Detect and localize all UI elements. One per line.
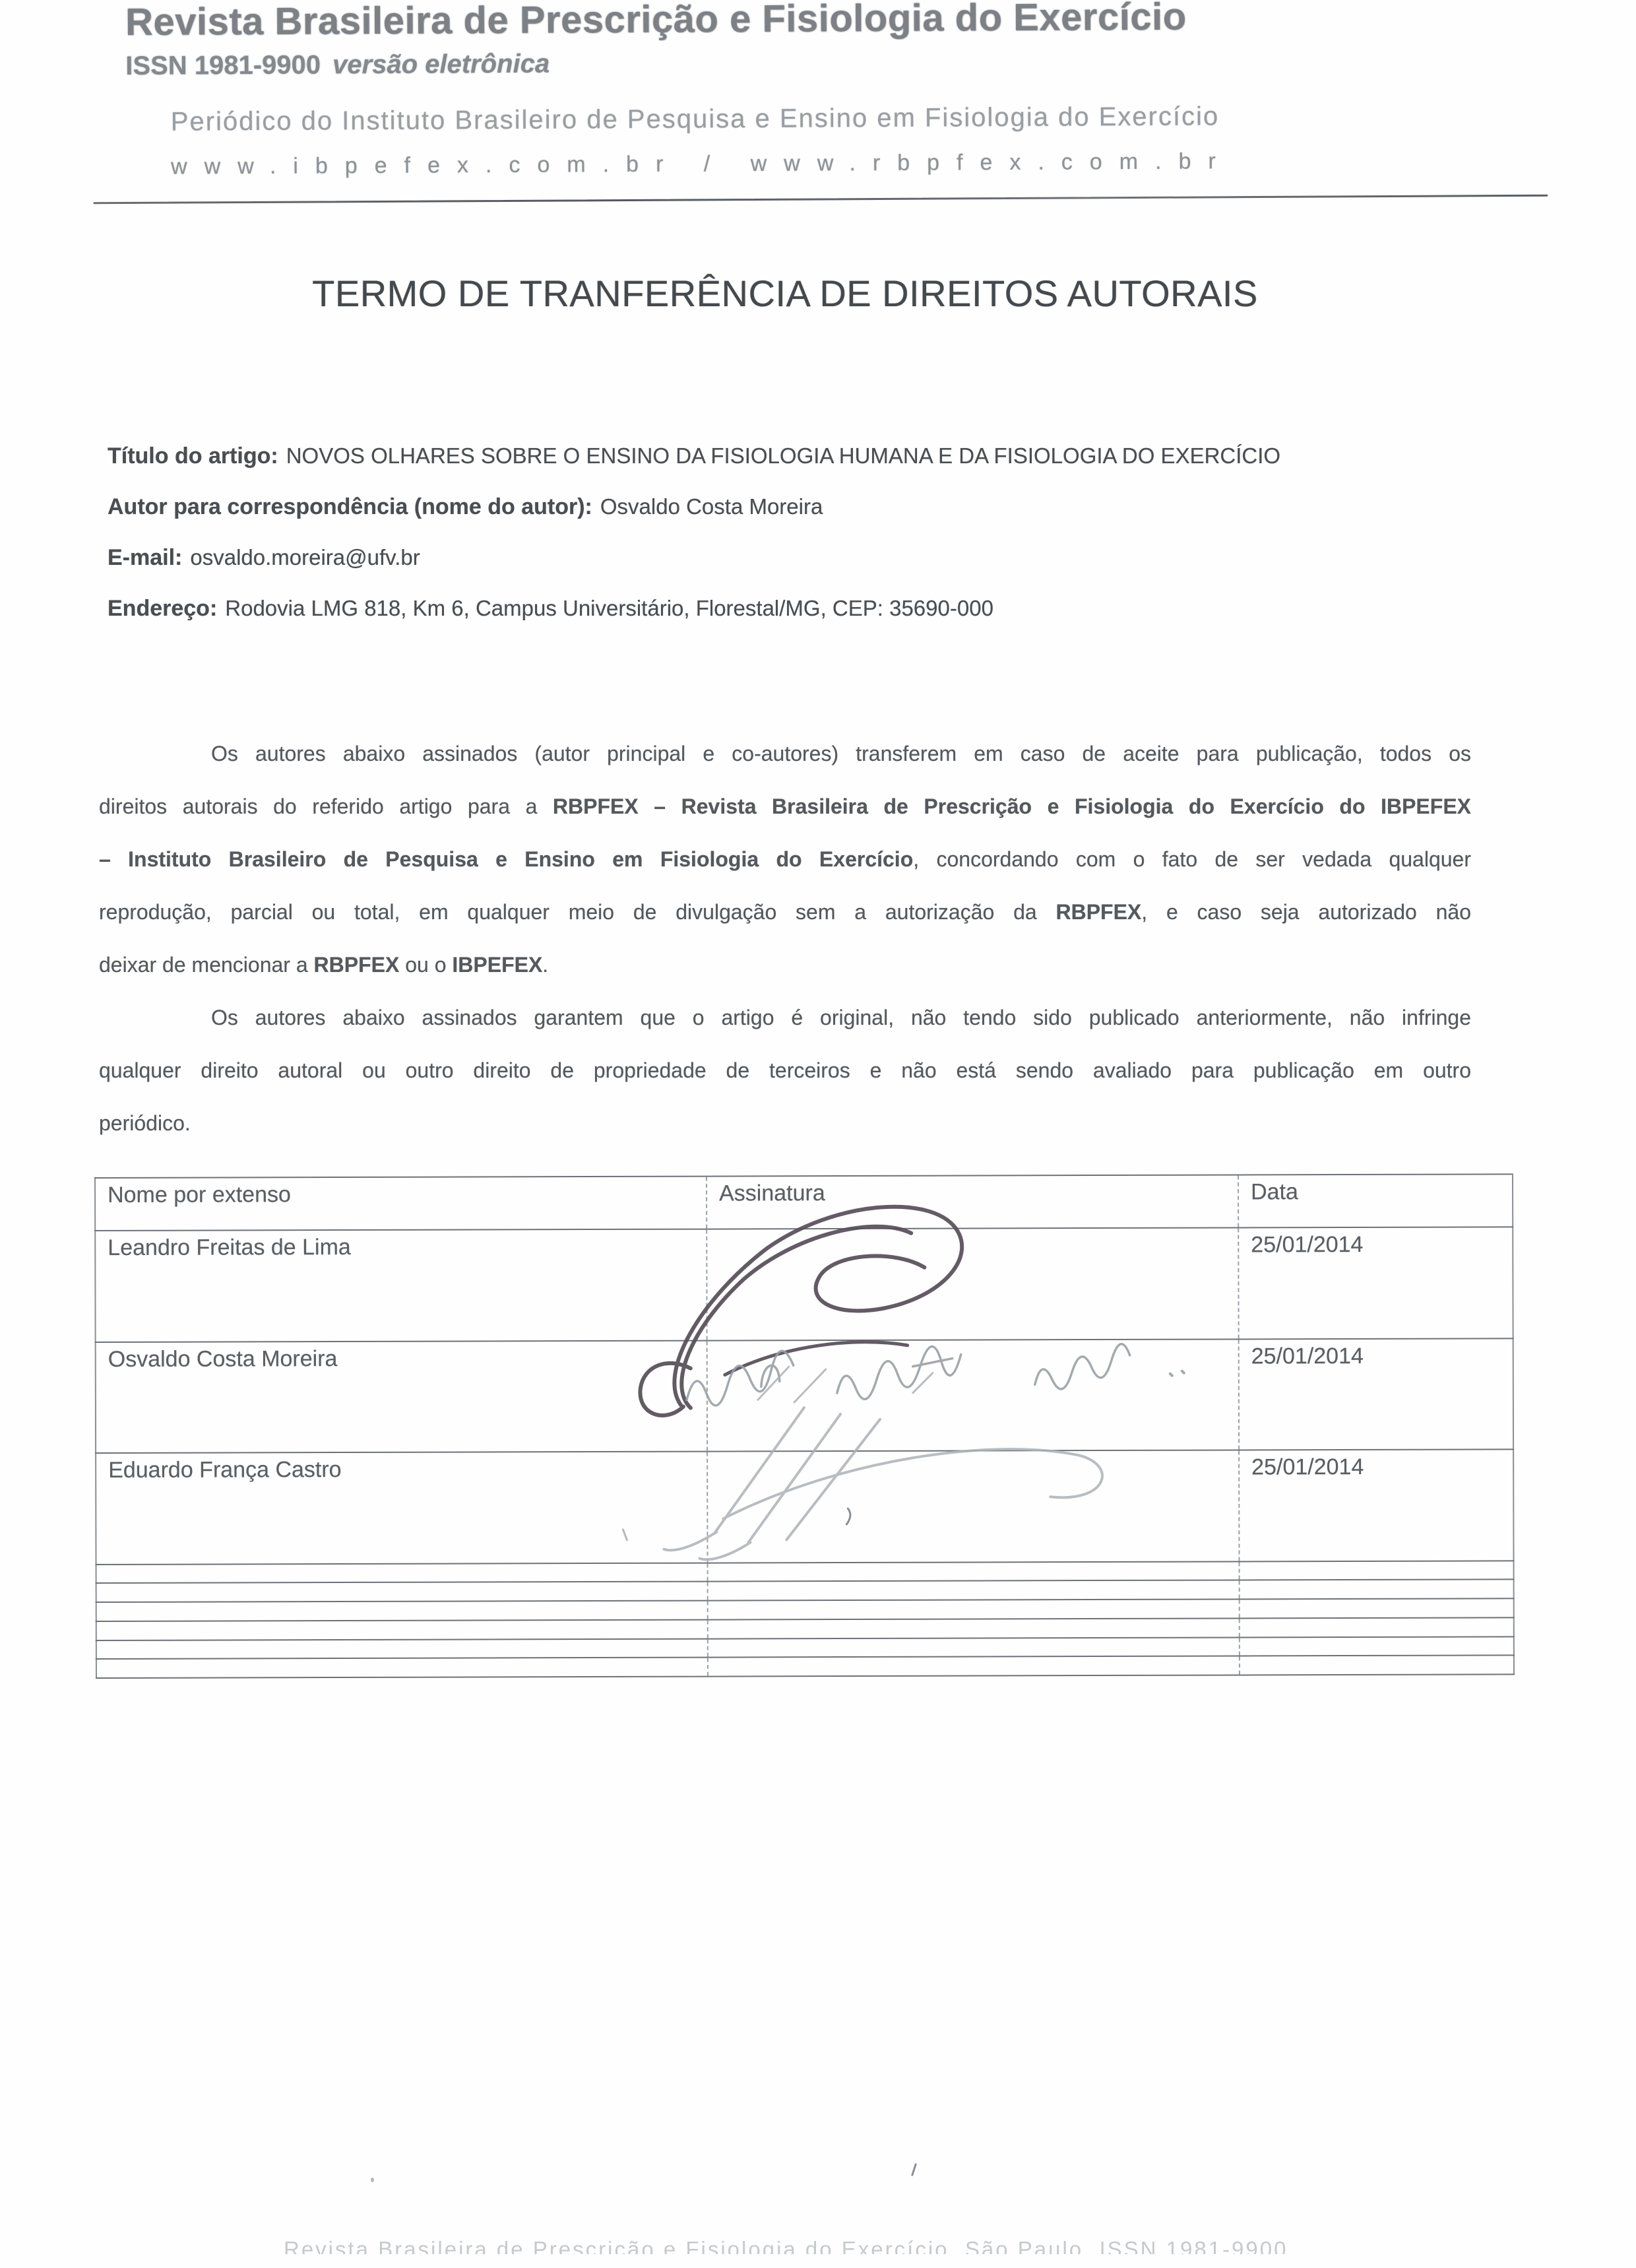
table-row-empty [96,1656,1514,1678]
terms-line: reprodução, parcial ou total, em qualque… [99,886,1471,938]
terms-line: – Instituto Brasileiro de Pesquisa e Ens… [99,833,1471,886]
field-label: E-mail: [108,545,182,570]
article-field: Autor para correspondência (nome do auto… [108,481,1532,532]
page-title: TERMO DE TRANFERÊNCIA DE DIREITOS AUTORA… [99,272,1471,315]
table-header-signature: Assinatura [707,1175,1238,1229]
journal-header: Revista Brasileira de Prescrição e Fisio… [0,0,1636,1]
table-row: Osvaldo Costa Moreira25/01/2014 [96,1338,1513,1453]
date-cell: 25/01/2014 [1239,1338,1513,1450]
table-header-name: Nome por extenso [95,1177,707,1231]
empty-cell [708,1637,1240,1658]
empty-cell [708,1580,1240,1601]
terms-bold-text: RBPFEX [314,953,400,977]
terms-bold-text: RBPFEX – Revista Brasileira de Prescriçã… [553,794,1471,818]
author-name-cell: Osvaldo Costa Moreira [96,1340,707,1453]
table-body: Leandro Freitas de Lima25/01/2014Osvaldo… [95,1227,1514,1678]
signature-cell [707,1227,1238,1340]
empty-cell [96,1638,708,1659]
terms-text: , concordando com o fato de ser vedada q… [913,847,1471,871]
empty-cell [1240,1617,1514,1637]
terms-line: periódico. [99,1097,1471,1150]
journal-urls: www.ibpefex.com.br / www.rbpfex.com.br [171,148,1233,179]
terms-bold-text: – Instituto Brasileiro de Pesquisa e Ens… [99,847,913,871]
field-value: Rodovia LMG 818, Km 6, Campus Universitá… [225,596,993,620]
field-value: osvaldo.moreira@ufv.br [190,545,420,569]
empty-cell [96,1658,708,1678]
author-name-cell: Leandro Freitas de Lima [95,1229,707,1342]
empty-cell [708,1561,1240,1582]
terms-line: Os autores abaixo assinados (autor princ… [99,727,1471,780]
empty-cell [1240,1656,1514,1675]
terms-paragraphs: Os autores abaixo assinados (autor princ… [99,727,1471,1150]
empty-cell [1240,1599,1514,1619]
terms-line: qualquer direito autoral ou outro direit… [99,1044,1471,1097]
issn-number: ISSN 1981-9900 [125,50,321,81]
terms-line: Os autores abaixo assinados garantem que… [99,991,1471,1044]
article-field: E-mail:osvaldo.moreira@ufv.br [108,532,1532,583]
date-cell: 25/01/2014 [1239,1450,1513,1562]
terms-text: deixar de mencionar a [99,953,314,977]
field-label: Título do artigo: [108,443,278,469]
terms-bold-text: RBPFEX [1055,900,1141,924]
empty-cell [708,1618,1240,1638]
empty-cell [708,1656,1240,1677]
table-header-date: Data [1238,1174,1513,1227]
signature-cell [707,1339,1239,1452]
page-footer: Revista Brasileira de Prescrição e Fisio… [284,2237,1392,2254]
ink-speck [371,2178,374,2182]
table-row: Eduardo França Castro25/01/2014 [96,1450,1513,1565]
terms-bold-text: IBPEFEX [452,953,542,977]
scanned-document-page: Revista Brasileira de Prescrição e Fisio… [0,0,1636,2268]
table-row: Leandro Freitas de Lima25/01/2014 [95,1227,1513,1342]
issn-line: ISSN 1981-9900versão eletrônica [125,49,550,81]
header-divider-rule [93,195,1548,205]
authors-table: Nome por extensoAssinaturaDataLeandro Fr… [94,1173,1515,1679]
article-field: Título do artigo:NOVOS OLHARES SOBRE O E… [108,430,1532,481]
empty-cell [96,1582,708,1602]
field-value: Osvaldo Costa Moreira [600,494,823,519]
article-field: Endereço:Rodovia LMG 818, Km 6, Campus U… [108,583,1532,633]
terms-text: reprodução, parcial ou total, em qualque… [99,900,1055,924]
signature-cell [707,1450,1239,1563]
terms-line: direitos autorais do referido artigo par… [99,780,1471,833]
field-label: Autor para correspondência (nome do auto… [108,494,592,519]
empty-cell [1240,1580,1514,1600]
terms-line: deixar de mencionar a RBPFEX ou o IBPEFE… [99,938,1471,991]
terms-text: direitos autorais do referido artigo par… [99,794,553,818]
table-head: Nome por extensoAssinaturaData [95,1174,1513,1231]
journal-logo-title: Revista Brasileira de Prescrição e Fisio… [125,0,1187,44]
terms-text: Os autores abaixo assinados (autor princ… [211,742,1471,765]
terms-text: periódico. [99,1111,191,1135]
authors-table-wrap: Nome por extensoAssinaturaDataLeandro Fr… [94,1174,1474,1679]
table-header-row: Nome por extensoAssinaturaData [95,1174,1513,1231]
date-cell: 25/01/2014 [1238,1227,1513,1339]
field-label: Endereço: [108,596,217,621]
field-value: NOVOS OLHARES SOBRE O ENSINO DA FISIOLOG… [286,443,1280,468]
empty-cell [1240,1561,1514,1580]
empty-cell [708,1600,1240,1620]
empty-cell [96,1563,708,1583]
issn-version-label: versão eletrônica [332,49,550,80]
ink-speck [911,2163,917,2176]
terms-text: qualquer direito autoral ou outro direit… [99,1058,1471,1082]
journal-subtitle: Periódico do Instituto Brasileiro de Pes… [171,102,1220,137]
empty-cell [1240,1636,1514,1656]
empty-cell [96,1601,708,1621]
terms-text: , e caso seja autorizado não [1141,900,1471,924]
author-name-cell: Eduardo França Castro [96,1452,707,1565]
empty-cell [96,1619,708,1640]
terms-text: ou o [399,953,452,977]
article-info: Título do artigo:NOVOS OLHARES SOBRE O E… [108,430,1532,633]
terms-text: . [542,953,548,977]
terms-text: Os autores abaixo assinados garantem que… [211,1006,1471,1029]
